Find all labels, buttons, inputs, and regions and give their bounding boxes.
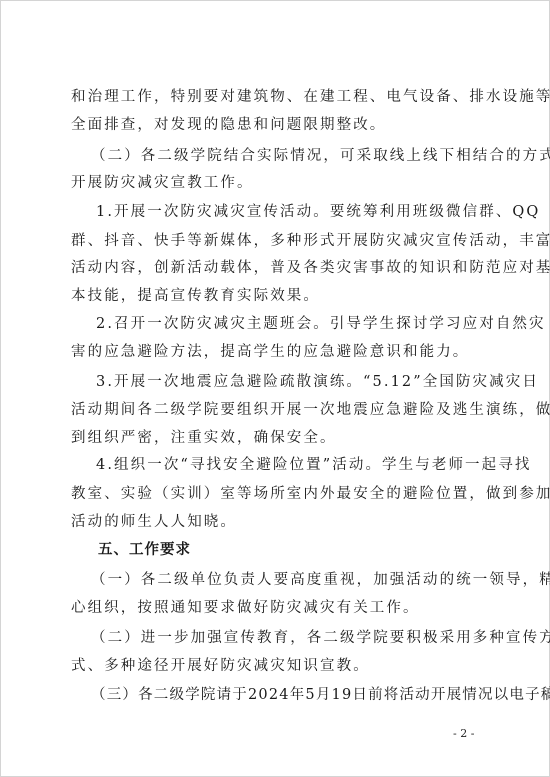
section-paragraph-line: （二）进一步加强宣传教育，各二级学院要积极采用多种宣传方	[91, 629, 475, 647]
paragraph-line: 开展防灾减灾宣教工作。	[71, 174, 475, 192]
paragraph-line: 式、多种途径开展好防灾减灾知识宣教。	[71, 657, 475, 675]
list-item-line: 1.开展一次防灾减灾宣传活动。要统筹利用班级微信群、QQ	[96, 203, 480, 221]
section-paragraph-line: （二）各二级学院结合实际情况，可采取线上线下相结合的方式	[91, 147, 475, 165]
paragraph-line: 本技能，提高宣传教育实际效果。	[71, 287, 475, 305]
list-item-line: 3.开展一次地震应急避险疏散演练。“5.12”全国防灾减灾日	[96, 373, 480, 391]
document-page: 和治理工作，特别要对建筑物、在建工程、电气设备、排水设施等 全面排查，对发现的隐…	[0, 0, 550, 777]
section-heading: 五、工作要求	[98, 541, 502, 559]
list-item-line: 4.组织一次“寻找安全避险位置”活动。学生与老师一起寻找	[96, 456, 480, 474]
page-number: - 2 -	[453, 727, 474, 740]
paragraph-line: 和治理工作，特别要对建筑物、在建工程、电气设备、排水设施等	[71, 88, 475, 106]
paragraph-line: 到组织严密，注重实效，确保安全。	[71, 429, 475, 447]
section-paragraph-line: （三）各二级学院请于2024年5月19日前将活动开展情况以电子稿	[91, 686, 475, 704]
paragraph-line: 活动内容，创新活动载体，普及各类灾害事故的知识和防范应对基	[71, 259, 475, 277]
paragraph-line: 活动期间各二级学院要组织开展一次地震应急避险及逃生演练，做	[71, 401, 475, 419]
paragraph-line: 教室、实验（实训）室等场所室内外最安全的避险位置，做到参加	[71, 485, 475, 503]
paragraph-line: 心组织，按照通知要求做好防灾减灾有关工作。	[71, 599, 475, 617]
paragraph-line: 群、抖音、快手等新媒体，多种形式开展防灾减灾宣传活动，丰富	[71, 232, 475, 250]
paragraph-line: 全面排查，对发现的隐患和问题限期整改。	[71, 116, 475, 134]
section-paragraph-line: （一）各二级单位负责人要高度重视，加强活动的统一领导，精	[91, 571, 475, 589]
list-item-line: 2.召开一次防灾减灾主题班会。引导学生探讨学习应对自然灾	[96, 315, 480, 333]
paragraph-line: 害的应急避险方法，提高学生的应急避险意识和能力。	[71, 343, 475, 361]
paragraph-line: 活动的师生人人知晓。	[71, 513, 475, 531]
